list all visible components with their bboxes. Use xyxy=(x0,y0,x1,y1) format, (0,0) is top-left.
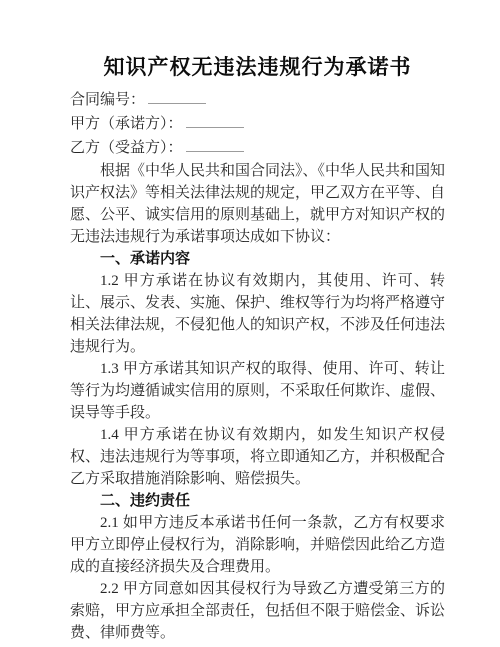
clause-paragraph: 1.3 甲方承诺其知识产权的取得、使用、许可、转让等行为均遵循诚实信用的原则，不… xyxy=(70,358,445,424)
document-title: 知识产权无违法违规行为承诺书 xyxy=(70,54,445,80)
section-heading: 二、违约责任 xyxy=(70,490,445,512)
section-list: 一、承诺内容1.2 甲方承诺在协议有效期内，其使用、许可、转让、展示、发表、实施… xyxy=(70,248,445,644)
clause-paragraph: 1.4 甲方承诺在协议有效期内，如发生知识产权侵权、违法违规行为等事项，将立即通… xyxy=(70,424,445,490)
clause-paragraph: 2.1 如甲方违反本承诺书任何一条款，乙方有权要求甲方立即停止侵权行为，消除影响… xyxy=(70,512,445,578)
clause-paragraph: 2.2 甲方同意如因其侵权行为导致乙方遭受第三方的索赔，甲方应承担全部责任，包括… xyxy=(70,578,445,644)
party-b-blank-line xyxy=(186,138,244,152)
intro-paragraph: 根据《中华人民共和国合同法》、《中华人民共和国知识产权法》等相关法律法规的规定，… xyxy=(70,160,445,248)
document-page: 知识产权无违法违规行为承诺书 合同编号：甲方（承诺方）：乙方（受益方）： 根据《… xyxy=(0,0,500,647)
contract-number-label: 合同编号： xyxy=(70,92,145,108)
party-b-field: 乙方（受益方）： xyxy=(70,136,445,160)
section-heading: 一、承诺内容 xyxy=(70,248,445,270)
field-list: 合同编号：甲方（承诺方）：乙方（受益方）： xyxy=(70,88,445,160)
party-b-label: 乙方（受益方）： xyxy=(70,140,183,156)
party-a-label: 甲方（承诺方）： xyxy=(70,116,183,132)
document-content: 知识产权无违法违规行为承诺书 合同编号：甲方（承诺方）：乙方（受益方）： 根据《… xyxy=(70,0,445,644)
clause-paragraph: 1.2 甲方承诺在协议有效期内，其使用、许可、转让、展示、发表、实施、保护、维权… xyxy=(70,270,445,358)
party-a-field: 甲方（承诺方）： xyxy=(70,112,445,136)
party-a-blank-line xyxy=(186,114,244,128)
contract-number-blank-line xyxy=(148,90,206,104)
contract-number-field: 合同编号： xyxy=(70,88,445,112)
